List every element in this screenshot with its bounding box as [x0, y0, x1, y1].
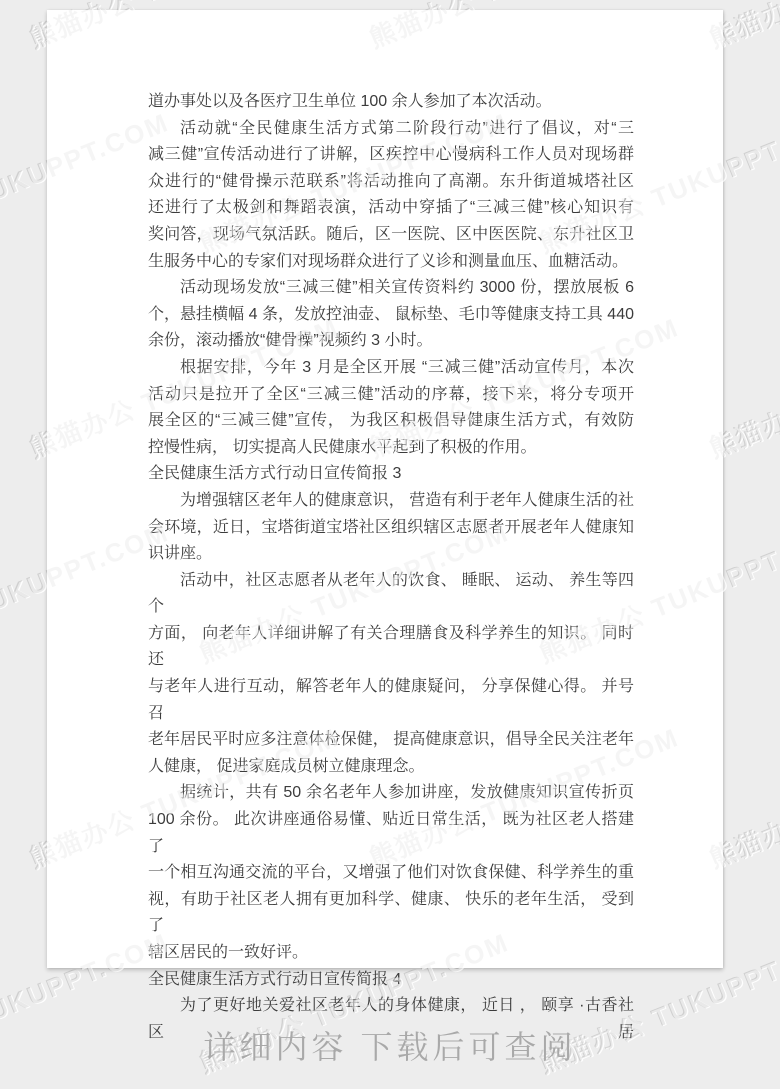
document-line: 方面， 向老年人详细讲解了有关合理膳食及科学养生的知识。 同时还 — [148, 621, 634, 674]
document-line: 全民健康生活方式行动日宣传简报 4 — [148, 967, 634, 994]
document-line: 余份，滚动播放“健骨操”视频约 3 小时。 — [148, 328, 634, 355]
document-line: 道办事处以及各医疗卫生单位 100 余人参加了本次活动。 — [148, 89, 634, 116]
paragraph: 活动中，社区志愿者从老年人的饮食、 睡眠、 运动、 养生等四个方面， 向老年人详… — [148, 568, 634, 781]
paragraph: 根据安排，今年 3 月是全区开展 “三减三健”活动宣传月，本次活动只是拉开了全区… — [148, 355, 634, 461]
paragraph: 活动现场发放“三减三健”相关宣传资料约 3000 份，摆放展板 6个，悬挂横幅 … — [148, 275, 634, 355]
document-line: 减三健”宣传活动进行了讲解，区疾控中心慢病科工作人员对现场群 — [148, 142, 634, 169]
document-line: 活动就“全民健康生活方式第二阶段行动”进行了倡议，对“三 — [148, 116, 634, 143]
document-line: 会环境，近日，宝塔街道宝塔社区组织辖区志愿者开展老年人健康知 — [148, 515, 634, 542]
document-line: 与老年人进行互动，解答老年人的健康疑问， 分享保健心得。 并号召 — [148, 674, 634, 727]
document-page: 道办事处以及各医疗卫生单位 100 余人参加了本次活动。活动就“全民健康生活方式… — [47, 10, 723, 968]
document-line: 全民健康生活方式行动日宣传简报 3 — [148, 461, 634, 488]
section-heading: 全民健康生活方式行动日宣传简报 4 — [148, 967, 634, 994]
document-line: 识讲座。 — [148, 541, 634, 568]
document-line: 老年居民平时应多注意体检保健， 提高健康意识，倡导全民关注老年 — [148, 727, 634, 754]
footer-caption: 详细内容 下载后可查阅 — [0, 1022, 780, 1068]
document-line: 人健康， 促进家庭成员树立健康理念。 — [148, 754, 634, 781]
document-line: 奖问答，现场气氛活跃。随后，区一医院、区中医医院、东升社区卫 — [148, 222, 634, 249]
document-line: 辖区居民的一致好评。 — [148, 940, 634, 967]
paragraph: 活动就“全民健康生活方式第二阶段行动”进行了倡议，对“三减三健”宣传活动进行了讲… — [148, 116, 634, 276]
document-line: 活动只是拉开了全区“三减三健”活动的序幕，接下来，将分专项开 — [148, 382, 634, 409]
document-line: 生服务中心的专家们对现场群众进行了义诊和测量血压、血糖活动。 — [148, 249, 634, 276]
document-line: 活动中，社区志愿者从老年人的饮食、 睡眠、 运动、 养生等四个 — [148, 568, 634, 621]
document-line: 视，有助于社区老人拥有更加科学、健康、 快乐的老年生活， 受到了 — [148, 887, 634, 940]
document-line: 根据安排，今年 3 月是全区开展 “三减三健”活动宣传月，本次 — [148, 355, 634, 382]
document-line: 展全区的“三减三健”宣传， 为我区积极倡导健康生活方式，有效防 — [148, 408, 634, 435]
document-line: 控慢性病， 切实提高人民健康水平起到了积极的作用。 — [148, 435, 634, 462]
document-line: 活动现场发放“三减三健”相关宣传资料约 3000 份，摆放展板 6 — [148, 275, 634, 302]
document-line: 一个相互沟通交流的平台，又增强了他们对饮食保健、科学养生的重 — [148, 860, 634, 887]
preview-stage: { "colors": { "background": "#ededed", "… — [0, 0, 780, 1089]
document-line: 为增强辖区老年人的健康意识， 营造有利于老年人健康生活的社 — [148, 488, 634, 515]
paragraph: 据统计，共有 50 余名老年人参加讲座，发放健康知识宣传折页100 余份。 此次… — [148, 780, 634, 966]
document-line: 100 余份。 此次讲座通俗易懂、贴近日常生活， 既为社区老人搭建了 — [148, 807, 634, 860]
paragraph: 道办事处以及各医疗卫生单位 100 余人参加了本次活动。 — [148, 89, 634, 116]
document-text: 道办事处以及各医疗卫生单位 100 余人参加了本次活动。活动就“全民健康生活方式… — [148, 89, 634, 1046]
document-line: 众进行的“健骨操示范联系”将活动推向了高潮。东升街道城塔社区 — [148, 169, 634, 196]
paragraph: 为增强辖区老年人的健康意识， 营造有利于老年人健康生活的社会环境，近日，宝塔街道… — [148, 488, 634, 568]
document-line: 还进行了太极剑和舞蹈表演，活动中穿插了“三减三健”核心知识有 — [148, 195, 634, 222]
document-line: 个，悬挂横幅 4 条，发放控油壶、 鼠标垫、毛巾等健康支持工具 440 — [148, 302, 634, 329]
section-heading: 全民健康生活方式行动日宣传简报 3 — [148, 461, 634, 488]
document-line: 据统计，共有 50 余名老年人参加讲座，发放健康知识宣传折页 — [148, 780, 634, 807]
